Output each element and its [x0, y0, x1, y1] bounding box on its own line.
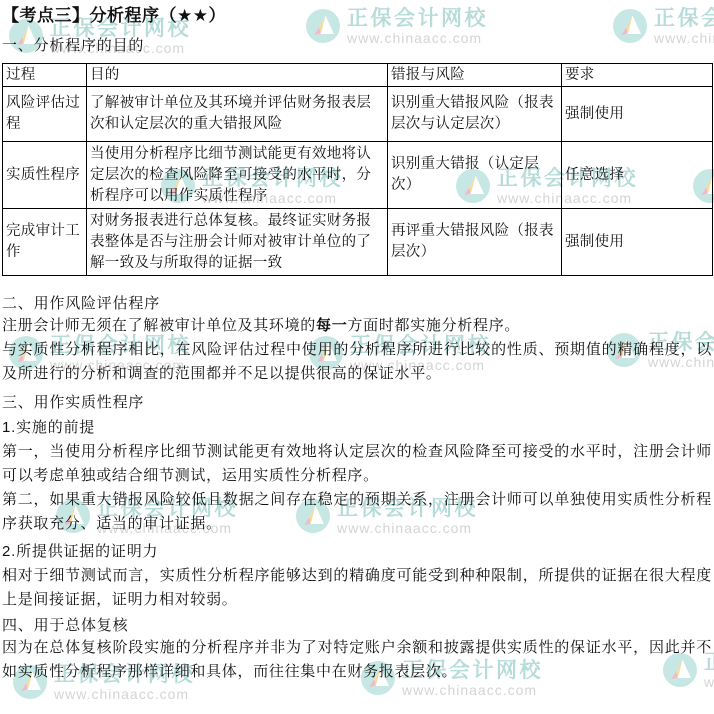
table-cell: 了解被审计单位及其环境并评估财务报表层次和认定层次的重大错报风险	[87, 87, 388, 142]
paragraph: 相对于细节测试而言，实质性分析程序能够达到的精确度可能受到种种限制，所提供的证据…	[2, 564, 712, 612]
paragraph-text: 注册会计师无须在了解被审计单位及其环境的	[2, 317, 316, 334]
column-header-objective: 目的	[87, 64, 388, 87]
subheading-evidence-strength: 2.所提供证据的证明力	[2, 540, 712, 564]
emphasized-text: 每一	[316, 317, 347, 334]
table-cell: 识别重大错报风险（报表层次与认定层次）	[388, 87, 562, 142]
table-cell: 强制使用	[562, 209, 713, 276]
paragraph-text: 方面时都实施分析程序。	[347, 317, 520, 334]
section-heading-purpose: 一、分析程序的目的	[2, 36, 712, 56]
section-heading-overall-review: 四、用于总体复核	[2, 616, 712, 636]
table-cell: 完成审计工作	[3, 209, 87, 276]
paragraph: 与实质性分析程序相比，在风险评估过程中使用的分析程序所进行比较的性质、预期值的精…	[2, 338, 712, 386]
section-heading-risk-assessment: 二、用作风险评估程序	[2, 294, 712, 314]
table-cell: 对财务报表进行总体复核。最终证实财务报表整体是否与注册会计师对被审计单位的了解一…	[87, 209, 388, 276]
table-cell: 当使用分析程序比细节测试能更有效地将认定层次的检查风险降至可接受的水平时，分析程…	[87, 142, 388, 209]
paragraph: 第二，如果重大错报风险较低且数据之间存在稳定的预期关系，注册会计师可以单独使用实…	[2, 488, 712, 536]
watermark-url: www.chinaacc.com	[402, 683, 543, 698]
table-row: 风险评估过程 了解被审计单位及其环境并评估财务报表层次和认定层次的重大错报风险 …	[3, 87, 713, 142]
document-content: 【考点三】分析程序（★★） 一、分析程序的目的 过程 目的 错报与风险 要求 风…	[0, 5, 714, 684]
table-header-row: 过程 目的 错报与风险 要求	[3, 64, 713, 87]
column-header-requirement: 要求	[562, 64, 713, 87]
page-title: 【考点三】分析程序（★★）	[2, 5, 712, 27]
paragraph: 因为在总体复核阶段实施的分析程序并非为了对特定账户余额和披露提供实质性的保证水平…	[2, 636, 712, 684]
table-row: 实质性程序 当使用分析程序比细节测试能更有效地将认定层次的检查风险降至可接受的水…	[3, 142, 713, 209]
paragraph: 注册会计师无须在了解被审计单位及其环境的每一方面时都实施分析程序。	[2, 314, 712, 338]
column-header-misstatement-risk: 错报与风险	[388, 64, 562, 87]
table-cell: 风险评估过程	[3, 87, 87, 142]
table-row: 完成审计工作 对财务报表进行总体复核。最终证实财务报表整体是否与注册会计师对被审…	[3, 209, 713, 276]
table-cell: 再评重大错报风险（报表层次）	[388, 209, 562, 276]
section-heading-substantive: 三、用作实质性程序	[2, 393, 712, 413]
table-cell: 任意选择	[562, 142, 713, 209]
subheading-premise: 1.实施的前提	[2, 416, 712, 440]
column-header-process: 过程	[3, 64, 87, 87]
watermark-url: www.chinaacc.com	[54, 687, 195, 702]
table-cell: 实质性程序	[3, 142, 87, 209]
table-cell: 识别重大错报（认定层次）	[388, 142, 562, 209]
paragraph: 第一，当使用分析程序比细节测试能更有效地将认定层次的检查风险降至可接受的水平时，…	[2, 440, 712, 488]
table-cell: 强制使用	[562, 87, 713, 142]
analysis-procedures-table: 过程 目的 错报与风险 要求 风险评估过程 了解被审计单位及其环境并评估财务报表…	[2, 63, 713, 276]
document-page: 正保会计网校www.chinaacc.com 正保会计网校www.chinaac…	[0, 0, 714, 714]
